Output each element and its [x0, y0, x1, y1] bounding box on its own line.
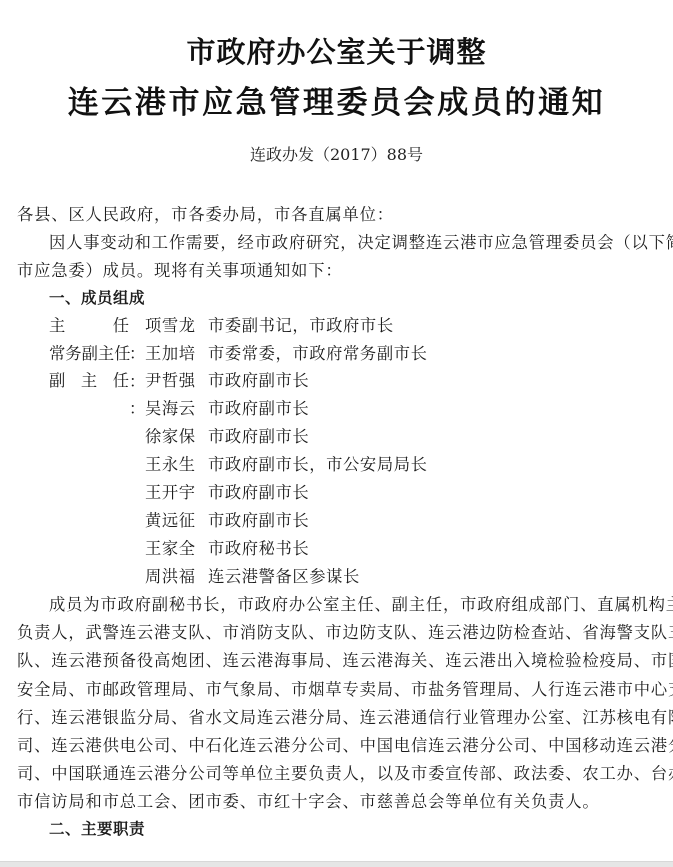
- member-post: 市政府秘书长: [208, 535, 309, 563]
- member-row: 吴海云 市政府副市长: [0, 395, 673, 423]
- members-paragraph-line: 安全局、市邮政管理局、市气象局、市烟草专卖局、市盐务管理局、人行连云港市中心支: [17, 676, 657, 704]
- document-page: 市政府办公室关于调整 连云港市应急管理委员会成员的通知 连政办发（2017）88…: [0, 0, 673, 862]
- salutation: 各县、区人民政府，市各委办局，市各直属单位：: [17, 201, 657, 229]
- member-post: 连云港警备区参谋长: [208, 563, 360, 591]
- member-post: 市政府副市长，市公安局局长: [208, 451, 427, 479]
- document-title-line-2: 连云港市应急管理委员会成员的通知: [0, 84, 673, 122]
- member-name: 王永生: [145, 451, 196, 479]
- members-paragraph-line: 队、连云港预备役高炮团、连云港海事局、连云港海关、连云港出入境检验检疫局、市国家: [17, 647, 657, 675]
- member-name: 吴海云: [145, 395, 196, 423]
- member-post: 市委副书记，市政府市长: [208, 312, 394, 340]
- member-row: 王永生 市政府副市长，市公安局局长: [0, 451, 673, 479]
- member-name: 王家全: [145, 535, 196, 563]
- member-row: 周洪福 连云港警备区参谋长: [0, 563, 673, 591]
- member-name: 徐家保: [145, 423, 196, 451]
- members-paragraph-line: 成员为市政府副秘书长，市政府办公室主任、副主任，市政府组成部门、直属机构主要: [49, 591, 673, 619]
- member-post: 市政府副市长: [208, 395, 309, 423]
- member-name: 周洪福: [145, 563, 196, 591]
- member-role: 副 主 任 ：: [49, 367, 145, 395]
- member-role: 主 任 ：: [49, 312, 145, 340]
- member-row: 副 主 任 ： 尹哲强 市政府副市长: [0, 367, 673, 395]
- section-heading-duties: 二、主要职责: [49, 815, 673, 843]
- member-post: 市政府副市长: [208, 423, 309, 451]
- members-paragraph-line: 行、连云港银监分局、省水文局连云港分局、连云港通信行业管理办公室、江苏核电有限公: [17, 704, 657, 732]
- member-name: 项雪龙: [145, 312, 196, 340]
- member-row: 主 任 ： 项雪龙 市委副书记，市政府市长: [0, 312, 673, 340]
- members-paragraph-line: 市信访局和市总工会、团市委、市红十字会、市慈善总会等单位有关负责人。: [17, 788, 657, 816]
- document-title-line-1: 市政府办公室关于调整: [0, 34, 673, 70]
- member-row: 王开宇 市政府副市长: [0, 479, 673, 507]
- section-heading-members: 一、成员组成: [49, 284, 673, 312]
- members-paragraph-line: 负责人，武警连云港支队、市消防支队、市边防支队、连云港边防检查站、省海警支队三大: [17, 619, 657, 647]
- member-post: 市政府副市长: [208, 507, 309, 535]
- member-post: 市政府副市长: [208, 479, 309, 507]
- member-role: 常 务 副 主 任 ：: [49, 340, 145, 368]
- document-number: 连政办发（2017）88号: [0, 143, 673, 167]
- member-name: 尹哲强: [145, 367, 196, 395]
- member-row: 王家全 市政府秘书长: [0, 535, 673, 563]
- member-post: 市委常委，市政府常务副市长: [208, 340, 427, 368]
- member-name: 王加培: [145, 340, 196, 368]
- page-bottom-edge: [0, 861, 673, 867]
- member-row: 黄远征 市政府副市长: [0, 507, 673, 535]
- members-paragraph-line: 司、连云港供电公司、中石化连云港分公司、中国电信连云港分公司、中国移动连云港分公: [17, 732, 657, 760]
- member-row: 常 务 副 主 任 ： 王加培 市委常委，市政府常务副市长: [0, 340, 673, 368]
- member-row: 徐家保 市政府副市长: [0, 423, 673, 451]
- member-name: 黄远征: [145, 507, 196, 535]
- intro-line-1: 因人事变动和工作需要，经市政府研究，决定调整连云港市应急管理委员会（以下简称: [49, 229, 673, 257]
- member-name: 王开宇: [145, 479, 196, 507]
- intro-line-2: 市应急委）成员。现将有关事项通知如下：: [17, 257, 657, 285]
- member-post: 市政府副市长: [208, 367, 309, 395]
- members-paragraph-line: 司、中国联通连云港分公司等单位主要负责人，以及市委宣传部、政法委、农工办、台办、: [17, 760, 657, 788]
